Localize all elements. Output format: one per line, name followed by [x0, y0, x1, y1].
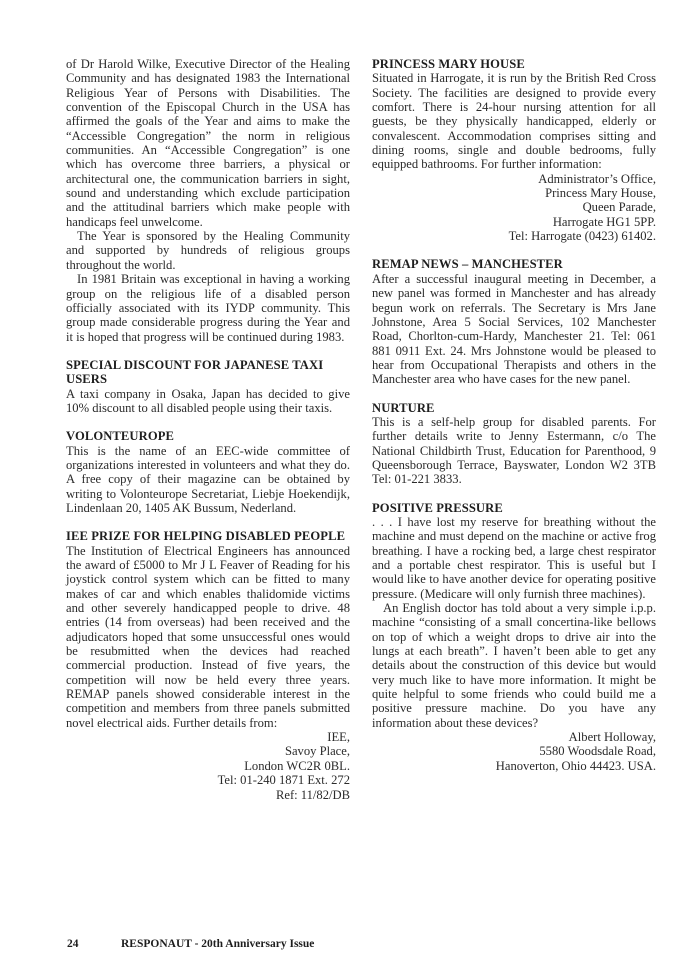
iee-heading: IEE PRIZE FOR HELPING DISABLED PEOPLE — [66, 529, 350, 543]
nurture-body: This is a self-help group for disabled p… — [372, 415, 656, 487]
remap-heading: REMAP NEWS – MANCHESTER — [372, 257, 656, 271]
volonteurope-heading: VOLONTEUROPE — [66, 429, 350, 443]
address-line: Tel: Harrogate (0423) 61402. — [372, 229, 656, 243]
address-line: IEE, — [66, 730, 350, 744]
princess-section: PRINCESS MARY HOUSE Situated in Harrogat… — [372, 57, 656, 243]
address-line: London WC2R 0BL. — [66, 759, 350, 773]
intro-paragraph-2: The Year is sponsored by the Healing Com… — [66, 229, 350, 272]
taxi-section: SPECIAL DISCOUNT FOR JAPANESE TAXI USERS… — [66, 358, 350, 415]
intro-paragraph-1: of Dr Harold Wilke, Executive Director o… — [66, 57, 350, 229]
signature-line: 5580 Woodsdale Road, — [372, 744, 656, 758]
remap-section: REMAP NEWS – MANCHESTER After a successf… — [372, 257, 656, 386]
iee-section: IEE PRIZE FOR HELPING DISABLED PEOPLE Th… — [66, 529, 350, 802]
nurture-heading: NURTURE — [372, 401, 656, 415]
iee-address: IEE, Savoy Place, London WC2R 0BL. Tel: … — [66, 730, 350, 802]
volonteurope-section: VOLONTEUROPE This is the name of an EEC-… — [66, 429, 350, 515]
positive-pressure-paragraph-1: . . . I have lost my reserve for breathi… — [372, 515, 656, 601]
address-line: Administrator’s Office, — [372, 172, 656, 186]
intro-paragraph-3: In 1981 Britain was exceptional in havin… — [66, 272, 350, 344]
nurture-section: NURTURE This is a self-help group for di… — [372, 401, 656, 487]
address-line: Queen Parade, — [372, 200, 656, 214]
positive-pressure-heading: POSITIVE PRESSURE — [372, 501, 656, 515]
volonteurope-body: This is the name of an EEC-wide committe… — [66, 444, 350, 516]
iee-body: The Institution of Electrical Engineers … — [66, 544, 350, 730]
signature-line: Albert Holloway, — [372, 730, 656, 744]
signature-line: Hanoverton, Ohio 44423. USA. — [372, 759, 656, 773]
publication-title: RESPONAUT - 20th Anniversary Issue — [121, 938, 314, 950]
princess-heading: PRINCESS MARY HOUSE — [372, 57, 656, 71]
address-line: Ref: 11/82/DB — [66, 788, 350, 802]
page-footer: 24RESPONAUT - 20th Anniversary Issue — [67, 938, 314, 950]
address-line: Savoy Place, — [66, 744, 350, 758]
positive-pressure-section: POSITIVE PRESSURE . . . I have lost my r… — [372, 501, 656, 774]
positive-pressure-paragraph-2: An English doctor has told about a very … — [372, 601, 656, 730]
taxi-body: A taxi company in Osaka, Japan has decid… — [66, 387, 350, 416]
taxi-heading: SPECIAL DISCOUNT FOR JAPANESE TAXI USERS — [66, 358, 350, 387]
address-line: Tel: 01-240 1871 Ext. 272 — [66, 773, 350, 787]
address-line: Princess Mary House, — [372, 186, 656, 200]
remap-body: After a successful inaugural meeting in … — [372, 272, 656, 387]
page-number: 24 — [67, 938, 121, 950]
address-line: Harrogate HG1 5PP. — [372, 215, 656, 229]
right-column: PRINCESS MARY HOUSE Situated in Harrogat… — [372, 57, 656, 773]
signature: Albert Holloway, 5580 Woodsdale Road, Ha… — [372, 730, 656, 773]
princess-address: Administrator’s Office, Princess Mary Ho… — [372, 172, 656, 244]
left-column: of Dr Harold Wilke, Executive Director o… — [66, 57, 350, 802]
princess-body: Situated in Harrogate, it is run by the … — [372, 71, 656, 171]
